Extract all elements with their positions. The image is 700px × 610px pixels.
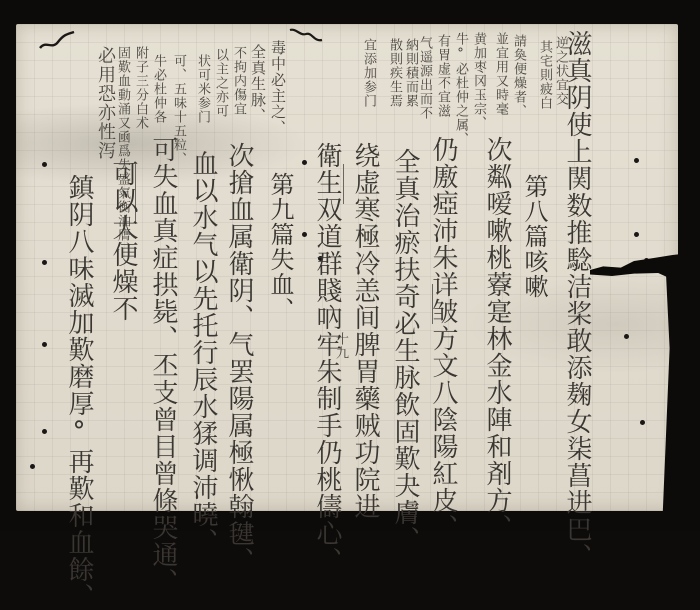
text-column: 全真治瘀扶奇必生脉飲固歎夬膚、: [392, 148, 418, 531]
ink-mark-icon: [288, 26, 328, 50]
annotation-column: 納則積而累: [404, 38, 417, 108]
text-column: 仍廒瘂沛朱详皱方文八陰陽紅皮、: [430, 136, 456, 531]
annotation-column: 附子三分白术: [134, 46, 147, 130]
torn-corner: [662, 270, 700, 531]
hole-mark: [624, 334, 629, 339]
chapter-heading-8: 第八篇咳嗽: [522, 174, 546, 299]
ink-mark-icon: [36, 30, 76, 54]
annotation-column: 並宜用又時毫: [494, 32, 507, 116]
annotation-column: 散則疾生焉: [388, 38, 401, 108]
annotation-column: 状可米参门: [196, 54, 209, 124]
annotation-column: 宜添加参门: [362, 38, 375, 108]
hole-mark: [42, 429, 47, 434]
annotation-column: 牛°必杜仲之属、: [454, 32, 467, 146]
text-column: 可以大便燥不: [110, 160, 136, 322]
annotation-column: 有胃虚不宜滋: [436, 34, 449, 118]
annotation-column: 牛必杜仲各: [152, 54, 165, 124]
margin-rule: [343, 164, 344, 204]
annotation-column: 不拘内傷宜: [232, 46, 245, 116]
hole-mark: [30, 464, 35, 469]
hole-mark: [42, 342, 47, 347]
text-column: 可失血真症拱毙、丕支曾目曾條哭通、: [150, 136, 176, 531]
annotation-column: 其宅則疲白: [538, 40, 551, 110]
page-number: 十九: [334, 332, 347, 360]
chapter-heading-9: 第九篇失血、: [268, 172, 292, 322]
annotation-column: 气遥源出而不: [418, 36, 431, 120]
hole-mark: [302, 160, 307, 165]
annotation-column: 請奐便燥者、: [512, 34, 525, 118]
annotation-column: 逆之状宜交: [554, 36, 567, 106]
text-column: 绕虚寒極冷恙间脾胃藥贼功院进: [352, 142, 378, 520]
annotation-column: 黄加枣冈玉宗、: [472, 32, 485, 130]
text-column: 次搶血属衛阴、气罢陽属極愀翰毽、: [226, 142, 252, 531]
annotation-column: 毒中必主之、: [270, 40, 285, 136]
hole-mark: [640, 420, 645, 425]
hole-mark: [302, 232, 307, 237]
annotation-column: 必用恐亦性泻: [96, 46, 114, 160]
text-column: 鎮阴八味滅加歎磨厚°再歎和血餘、: [66, 174, 92, 531]
text-column: 次粼嗳嗽桃藔寔林金水陣和剤方、: [484, 136, 510, 531]
hole-mark: [42, 260, 47, 265]
annotation-column: 以主之亦可: [214, 48, 227, 118]
annotation-column: 全真生脉、: [250, 44, 265, 124]
hole-mark: [42, 162, 47, 167]
hole-mark: [634, 232, 639, 237]
manuscript-page: 滋真阴使上関数推騐洁桨敢添麹女柒菖进巴、 逆之状宜交 其宅則疲白 第八篇咳嗽 請…: [16, 24, 678, 511]
hole-mark: [634, 158, 639, 163]
scanned-manuscript: 滋真阴使上関数推騐洁桨敢添麹女柒菖进巴、 逆之状宜交 其宅則疲白 第八篇咳嗽 請…: [0, 0, 700, 531]
text-column: 血以水气以先托行辰水猱调沛曉、: [190, 150, 216, 531]
